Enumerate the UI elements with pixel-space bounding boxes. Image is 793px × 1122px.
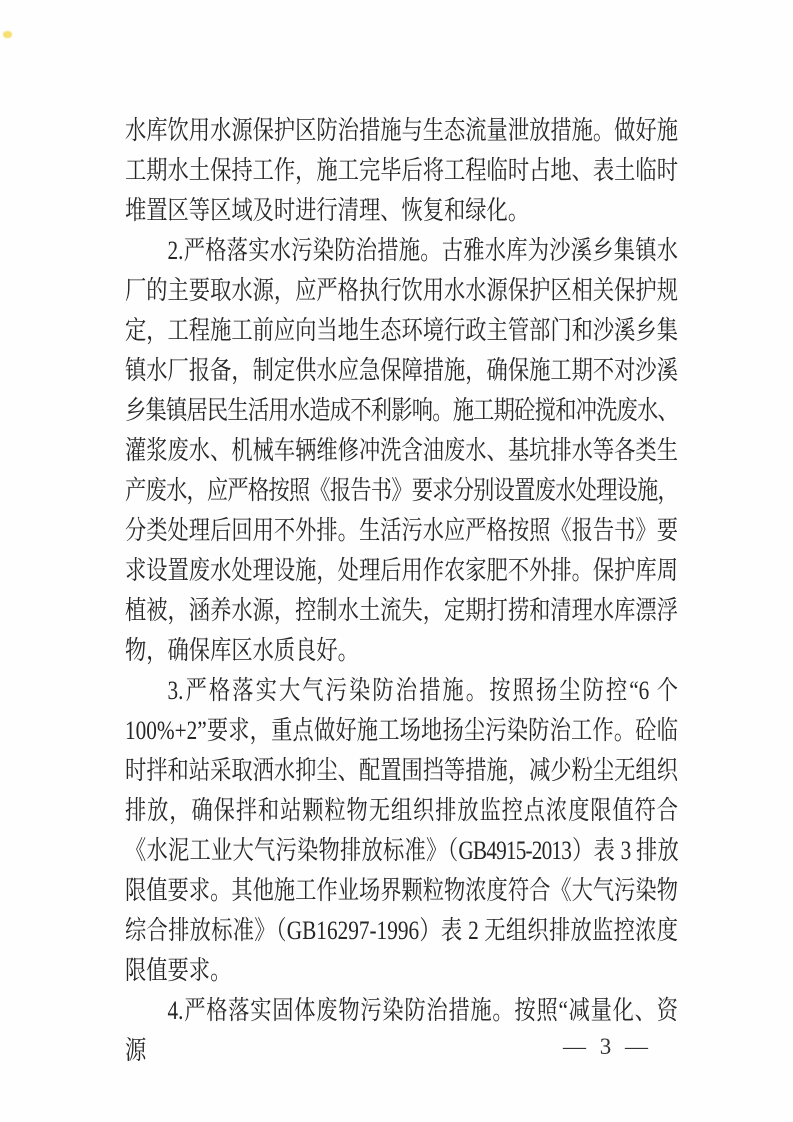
text-line: 2.严格落实水污染防治措施。古雅水库为沙溪乡集镇水: [125, 231, 678, 271]
text-line: 时拌和站采取洒水抑尘、配置围挡等措施，减少粉尘无组织: [125, 751, 678, 791]
text-line: 排放，确保拌和站颗粒物无组织排放监控点浓度限值符合: [125, 791, 678, 831]
text-line: 物，确保库区水质良好。: [125, 631, 678, 671]
text-line: 综合排放标准》（GB16297-1996）表 2 无组织排放监控浓度: [125, 911, 678, 951]
text-line: 产废水，应严格按照《报告书》要求分别设置废水处理设施，: [125, 471, 678, 511]
paragraph: 2.严格落实水污染防治措施。古雅水库为沙溪乡集镇水 厂的主要取水源，应严格执行饮…: [125, 231, 678, 671]
text-line: 定，工程施工前应向当地生态环境行政主管部门和沙溪乡集: [125, 311, 678, 351]
text-line: 100%+2”要求，重点做好施工场地扬尘污染防治工作。砼临: [125, 711, 678, 751]
text-line: 求设置废水处理设施，处理后用作农家肥不外排。保护库周: [125, 551, 678, 591]
scan-artifact-mark: [3, 31, 12, 38]
text-line: 限值要求。: [125, 951, 678, 991]
text-line: 工期水土保持工作，施工完毕后将工程临时占地、表土临时: [125, 151, 678, 191]
text-line: 厂的主要取水源，应严格执行饮用水水源保护区相关保护规: [125, 271, 678, 311]
text-line: 《水泥工业大气污染物排放标准》（GB4915-2013）表 3 排放: [125, 831, 678, 871]
text-line: 镇水厂报备，制定供水应急保障措施，确保施工期不对沙溪: [125, 351, 678, 391]
paragraph: 水库饮用水源保护区防治措施与生态流量泄放措施。做好施 工期水土保持工作，施工完毕…: [125, 111, 678, 231]
text-line: 植被，涵养水源，控制水土流失，定期打捞和清理水库漂浮: [125, 591, 678, 631]
text-line: 限值要求。其他施工作业场界颗粒物浓度符合《大气污染物: [125, 871, 678, 911]
page-number: — 3 —: [563, 1034, 652, 1060]
document-page: 水库饮用水源保护区防治措施与生态流量泄放措施。做好施 工期水土保持工作，施工完毕…: [0, 0, 793, 1122]
document-text-block: 水库饮用水源保护区防治措施与生态流量泄放措施。做好施 工期水土保持工作，施工完毕…: [125, 111, 678, 1071]
text-line: 3.严格落实大气污染防治措施。按照扬尘防控“6 个: [125, 671, 678, 711]
text-line: 分类处理后回用不外排。生活污水应严格按照《报告书》要: [125, 511, 678, 551]
text-line: 乡集镇居民生活用水造成不利影响。施工期砼搅和冲洗废水、: [125, 391, 678, 431]
text-line: 水库饮用水源保护区防治措施与生态流量泄放措施。做好施: [125, 111, 678, 151]
text-line: 堆置区等区域及时进行清理、恢复和绿化。: [125, 191, 678, 231]
text-line: 灌浆废水、机械车辆维修冲洗含油废水、基坑排水等各类生: [125, 431, 678, 471]
paragraph: 3.严格落实大气污染防治措施。按照扬尘防控“6 个 100%+2”要求，重点做好…: [125, 671, 678, 991]
